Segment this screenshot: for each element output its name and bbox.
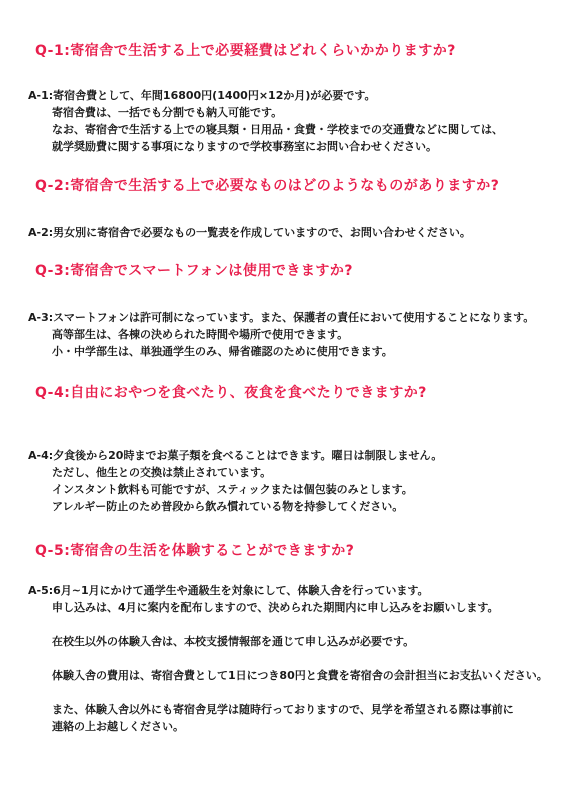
answer-line: 連絡の上お越しください。	[52, 718, 556, 735]
faq-section-q2: Q-2:寄宿舎で生活する上で必要なものはどのようなものがありますか? A-2:男…	[0, 177, 566, 241]
answer-line: ただし、他生との交換は禁止されています。	[52, 464, 556, 481]
answer-line: 寄宿舎費は、一括でも分割でも納入可能です。	[52, 104, 556, 121]
answer-line: 在校生以外の体験入舎は、本校支援情報部を通じて申し込みが必要です。	[52, 633, 556, 650]
answer-line: A-2:男女別に寄宿舎で必要なもの一覧表を作成していますので、お問い合わせくださ…	[28, 224, 556, 241]
answer-line: アレルギー防止のため普段から飲み慣れている物を持参してください。	[52, 498, 556, 515]
answer-line: また、体験入舎以外にも寄宿舎見学は随時行っておりますので、見学を希望される際は事…	[52, 701, 556, 718]
faq-section-q1: Q-1:寄宿舎で生活する上で必要経費はどれくらいかかりますか? A-1:寄宿舎費…	[0, 42, 566, 155]
answer-line: 体験入舎の費用は、寄宿舎費として1日につき80円と食費を寄宿舎の会計担当にお支払…	[52, 667, 556, 684]
answer-line: A-1:寄宿舎費として、年間16800円(1400円×12か月)が必要です。	[28, 87, 556, 104]
faq-section-q3: Q-3:寄宿舎でスマートフォンは使用できますか? A-3:スマートフォンは許可制…	[0, 262, 566, 360]
faq-page: Q-1:寄宿舎で生活する上で必要経費はどれくらいかかりますか? A-1:寄宿舎費…	[0, 0, 566, 800]
answer-line: 申し込みは、4月に案内を配布しますので、決められた期間内に申し込みをお願いします…	[52, 599, 556, 616]
answer-line: A-3:スマートフォンは許可制になっています。また、保護者の責任において使用する…	[28, 309, 556, 326]
answer-line: 高等部生は、各棟の決められた時間や場所で使用できます。	[52, 326, 556, 343]
question-q4-heading: Q-4:自由におやつを食べたり、夜食を食べたりできますか?	[35, 384, 566, 402]
answer-line: 就学奨励費に関する事項になりますので学校事務室にお問い合わせください。	[52, 138, 556, 155]
faq-section-q5: Q-5:寄宿舎の生活を体験することができますか? A-5:6月~1月にかけて通学…	[0, 542, 566, 735]
answer-q3-block: A-3:スマートフォンは許可制になっています。また、保護者の責任において使用する…	[28, 309, 556, 360]
question-q3-heading: Q-3:寄宿舎でスマートフォンは使用できますか?	[35, 262, 566, 280]
answer-line: A-5:6月~1月にかけて通学生や通級生を対象にして、体験入舎を行っています。	[28, 582, 556, 599]
answer-line: インスタント飲料も可能ですが、スティックまたは個包装のみとします。	[52, 481, 556, 498]
question-q1-heading: Q-1:寄宿舎で生活する上で必要経費はどれくらいかかりますか?	[35, 42, 566, 60]
answer-line: 小・中学部生は、単独通学生のみ、帰省確認のために使用できます。	[52, 343, 556, 360]
question-q2-heading: Q-2:寄宿舎で生活する上で必要なものはどのようなものがありますか?	[35, 177, 566, 195]
answer-line: なお、寄宿舎で生活する上での寝具類・日用品・食費・学校までの交通費などに関しては…	[52, 121, 556, 138]
question-q5-heading: Q-5:寄宿舎の生活を体験することができますか?	[35, 542, 566, 560]
answer-q1-block: A-1:寄宿舎費として、年間16800円(1400円×12か月)が必要です。 寄…	[28, 87, 556, 155]
faq-section-q4: Q-4:自由におやつを食べたり、夜食を食べたりできますか? A-4:夕食後から2…	[0, 384, 566, 515]
answer-line: A-4:夕食後から20時までお菓子類を食べることはできます。曜日は制限しません。	[28, 447, 556, 464]
answer-q5-block: A-5:6月~1月にかけて通学生や通級生を対象にして、体験入舎を行っています。 …	[28, 582, 556, 735]
answer-q2-block: A-2:男女別に寄宿舎で必要なもの一覧表を作成していますので、お問い合わせくださ…	[28, 224, 556, 241]
answer-q4-block: A-4:夕食後から20時までお菓子類を食べることはできます。曜日は制限しません。…	[28, 447, 556, 515]
